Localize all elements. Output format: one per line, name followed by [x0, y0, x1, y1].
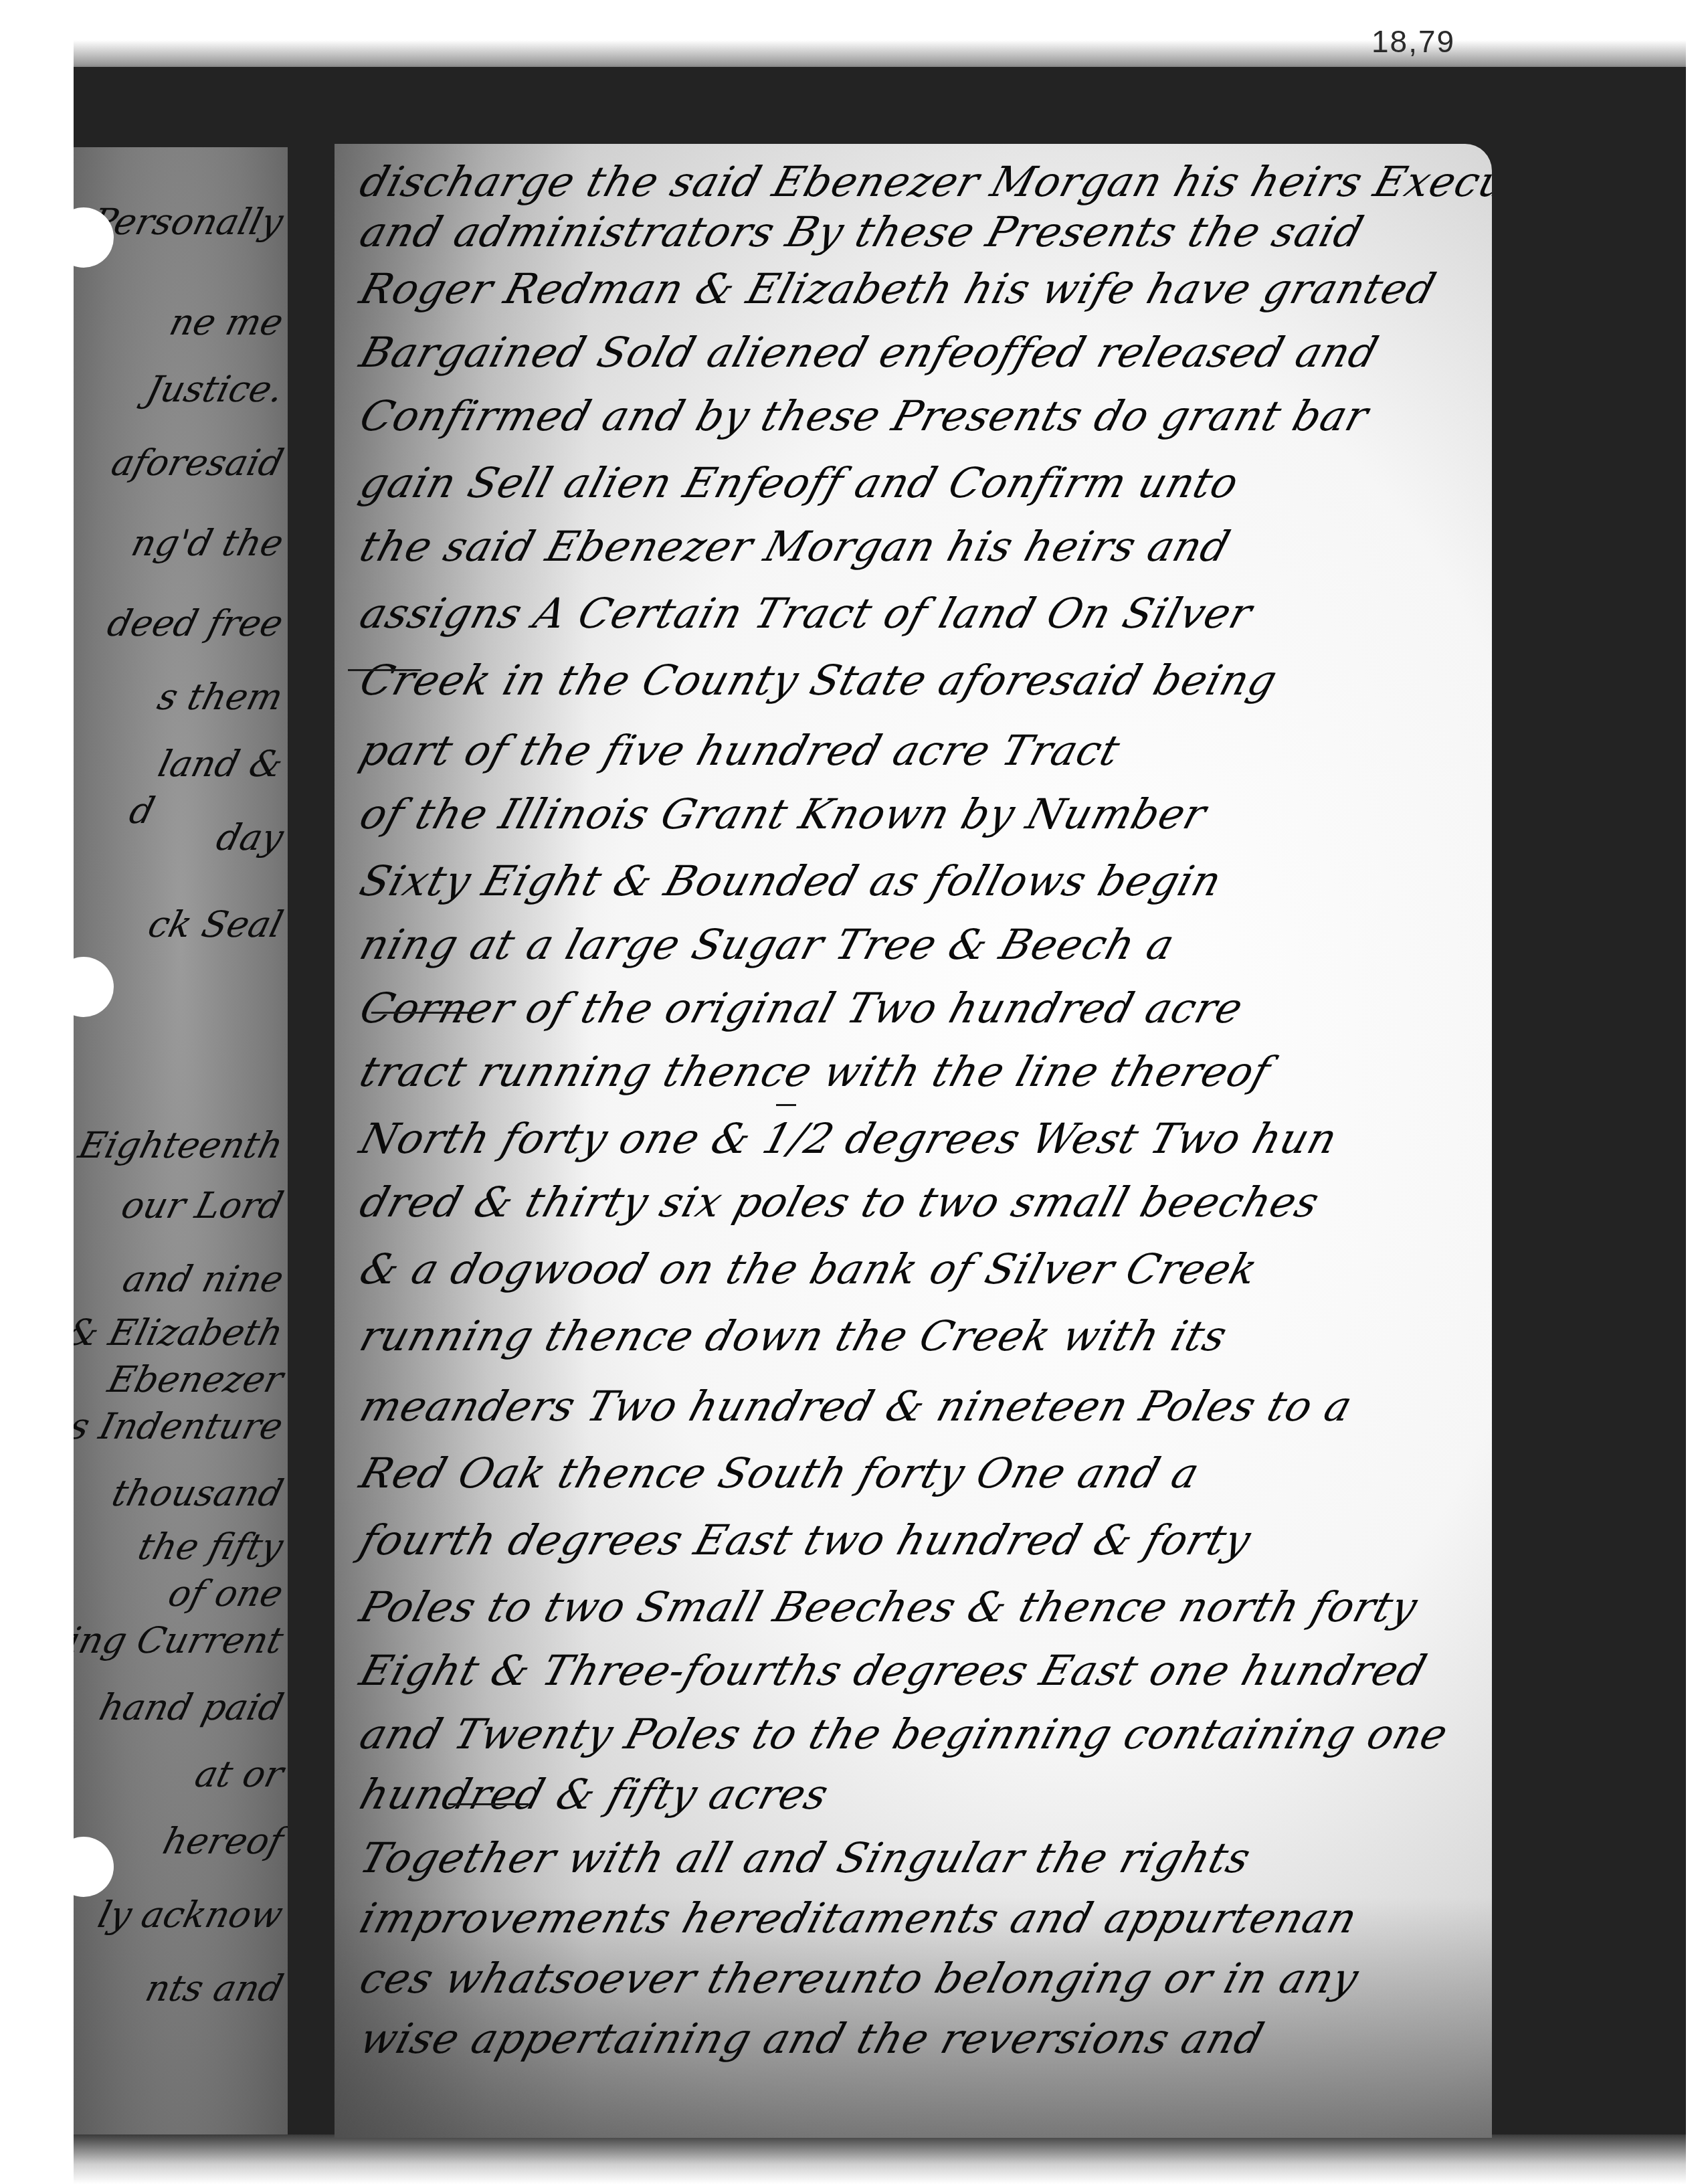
fragment-text: Personally — [87, 201, 288, 243]
deed-line: dred & thirty six poles to two small bee… — [355, 1178, 1492, 1226]
fragment-text: land & — [154, 743, 288, 785]
deed-line: and Twenty Poles to the beginning contai… — [355, 1710, 1492, 1758]
deed-line: part of the five hundred acre Tract — [355, 726, 1492, 775]
fragment-text: the fifty — [134, 1526, 288, 1568]
deed-line: running thence down the Creek with its — [355, 1311, 1492, 1360]
fragment-text: day — [212, 816, 288, 858]
deed-line: hundred & fifty acres — [355, 1770, 1492, 1819]
fragment-text: of one — [164, 1572, 288, 1615]
fragment-text: Eighteenth — [74, 1124, 288, 1166]
fragment-text: aforesaid — [107, 442, 288, 484]
fragment-text: at or — [191, 1753, 288, 1795]
fragment-text: hereof — [159, 1820, 288, 1862]
deed-line: the said Ebenezer Morgan his heirs and — [355, 522, 1492, 571]
scan-bottom-shadow — [74, 2134, 1686, 2184]
fragment-text: Ebenezer — [104, 1358, 288, 1400]
deed-line: Roger Redman & Elizabeth his wife have g… — [355, 264, 1492, 313]
fragment-text: ne me — [165, 301, 288, 343]
deed-line: assigns A Certain Tract of land On Silve… — [355, 589, 1492, 638]
deed-line: gain Sell alien Enfeoff and Confirm unto — [355, 458, 1492, 507]
fragment-text: & Elizabeth — [74, 1311, 288, 1354]
deed-line: Creek in the County State aforesaid bein… — [355, 656, 1492, 705]
fragment-text: ng'd the — [127, 522, 288, 564]
deed-line: Confirmed and by these Presents do grant… — [355, 391, 1492, 440]
punch-hole — [54, 207, 114, 268]
ruled-stroke — [448, 1803, 529, 1805]
fragment-text: thousand — [108, 1472, 288, 1514]
deed-line: meanders Two hundred & nineteen Poles to… — [355, 1382, 1492, 1431]
deed-line: Bargained Sold aliened enfeoffed release… — [355, 328, 1492, 377]
deed-line: tract running thence with the line there… — [355, 1047, 1492, 1096]
fragment-text: deed free — [103, 602, 288, 644]
deed-line: improvements hereditaments and appurtena… — [355, 1894, 1492, 1942]
punch-hole — [54, 957, 114, 1017]
deed-line: wise appertaining and the reversions and — [355, 2014, 1492, 2063]
deed-line: discharge the said Ebenezer Morgan his h… — [355, 157, 1492, 206]
deed-line: Together with all and Singular the right… — [355, 1833, 1492, 1882]
fragment-text: Justice. — [142, 368, 288, 410]
deed-line: Eight & Three-fourths degrees East one h… — [355, 1646, 1492, 1695]
fragment-text: nts and — [141, 1967, 288, 2009]
deed-page: discharge the said Ebenezer Morgan his h… — [335, 144, 1492, 2138]
fragment-text: hand paid — [95, 1686, 288, 1728]
page-number: 18,79 — [1371, 23, 1455, 60]
deed-line: Corner of the original Two hundred acre — [355, 984, 1492, 1032]
fragment-text: ck Seal — [145, 903, 288, 945]
fragment-text: d — [126, 790, 159, 832]
fragment-text: ly acknow — [94, 1894, 288, 1936]
deed-line: ning at a large Sugar Tree & Beech a — [355, 920, 1492, 969]
ruled-stroke — [371, 1012, 478, 1014]
deed-line: of the Illinois Grant Known by Number — [355, 790, 1492, 838]
deed-line: and administrators By these Presents the… — [355, 207, 1492, 256]
fragment-text: and nine — [118, 1258, 288, 1300]
deed-line: & a dogwood on the bank of Silver Creek — [355, 1245, 1492, 1293]
deed-line: Poles to two Small Beeches & thence nort… — [355, 1582, 1492, 1631]
deed-line: Sixty Eight & Bounded as follows begin — [355, 856, 1492, 905]
ruled-stroke — [348, 669, 421, 671]
deed-line: North forty one & 1/2 degrees West Two h… — [355, 1114, 1492, 1163]
punch-hole — [54, 1837, 114, 1897]
fragment-text: our Lord — [117, 1184, 288, 1226]
deed-line: fourth degrees East two hundred & forty — [355, 1516, 1492, 1564]
ruled-stroke — [776, 1104, 796, 1106]
fragment-text: ing Current — [74, 1619, 288, 1661]
deed-line: Red Oak thence South forty One and a — [355, 1449, 1492, 1497]
adjacent-page-strip: Personally ne me Justice. aforesaid ng'd… — [74, 147, 288, 2134]
deed-line: ces whatsoever thereunto belonging or in… — [355, 1954, 1492, 2003]
fragment-text: Ss Indenture — [74, 1405, 288, 1447]
fragment-text: s them — [154, 676, 288, 718]
